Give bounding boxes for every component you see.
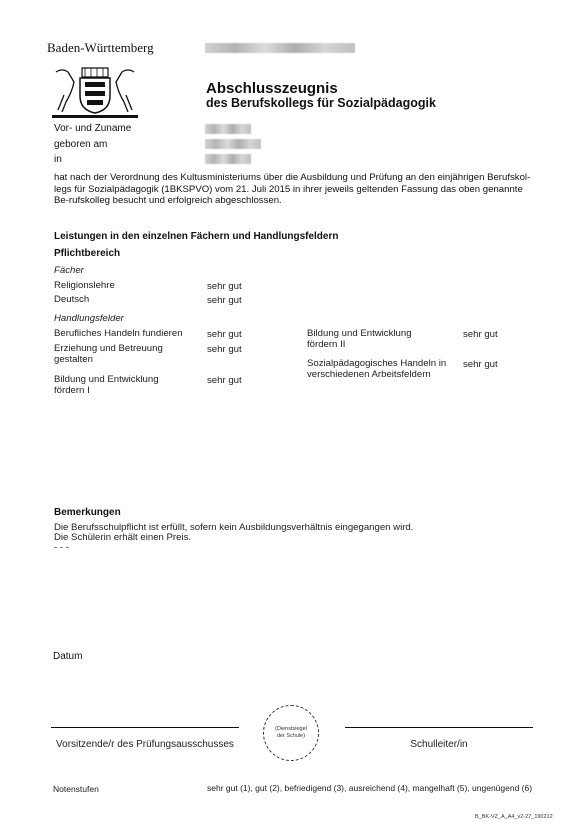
birth-label: geboren am: [54, 139, 107, 150]
form-code: B_BK-VZ_A_A4_v2-27_190212: [475, 814, 553, 820]
school-name-redacted: [205, 43, 355, 53]
subject-grade: sehr gut: [207, 295, 242, 306]
field-grade: sehr gut: [207, 375, 242, 386]
intro-paragraph: hat nach der Verordnung des Kultusminist…: [54, 172, 540, 207]
fields-heading: Handlungsfelder: [54, 313, 124, 324]
remarks-line: Die Schülerin erhält einen Preis.: [54, 533, 191, 544]
birth-value-redacted: [205, 139, 261, 149]
seal-text: der Schule): [277, 733, 305, 739]
signature-line-right: [345, 727, 533, 728]
field-grade: sehr gut: [463, 359, 498, 370]
section-heading: Pflichtbereich: [54, 248, 120, 259]
subject-name: Religionslehre: [54, 281, 194, 292]
name-label: Vor- und Zuname: [54, 123, 131, 134]
field-grade: sehr gut: [207, 344, 242, 355]
subject-name: Deutsch: [54, 295, 194, 306]
state-name: Baden-Württemberg: [47, 40, 154, 56]
place-value-redacted: [205, 154, 251, 164]
subjects-heading: Fächer: [54, 265, 84, 276]
field-grade: sehr gut: [207, 329, 242, 340]
document-subtitle: des Berufskollegs für Sozialpädagogik: [206, 96, 436, 110]
place-label: in: [54, 154, 62, 165]
field-name: Berufliches Handeln fundieren: [54, 329, 204, 340]
chair-signature-label: Vorsitzende/r des Prüfungsausschusses: [51, 739, 239, 750]
principal-signature-label: Schulleiter/in: [345, 739, 533, 750]
field-name: Bildung und Entwicklung fördern II: [307, 329, 427, 350]
field-name: Erziehung und Betreuung gestalten: [54, 344, 174, 365]
name-value-redacted: [205, 124, 251, 134]
coat-of-arms-icon: [50, 60, 140, 120]
remarks-line: - - -: [54, 543, 69, 554]
official-seal-placeholder: (Dienstsiegelder Schule): [263, 705, 319, 761]
field-name: Sozialpädagogisches Handeln in verschied…: [307, 359, 452, 380]
grades-scale: sehr gut (1), gut (2), befriedigend (3),…: [207, 783, 532, 793]
date-label: Datum: [53, 651, 82, 662]
field-name: Bildung und Entwicklung fördern I: [54, 375, 174, 396]
field-grade: sehr gut: [463, 329, 498, 340]
remarks-heading: Bemerkungen: [54, 507, 121, 518]
document-title: Abschlusszeugnis: [206, 80, 338, 97]
signature-line-left: [51, 727, 239, 728]
seal-text: (Dienstsiegel: [275, 726, 307, 732]
subject-grade: sehr gut: [207, 281, 242, 292]
performance-heading: Leistungen in den einzelnen Fächern und …: [54, 231, 338, 242]
grades-label: Notenstufen: [53, 784, 99, 794]
